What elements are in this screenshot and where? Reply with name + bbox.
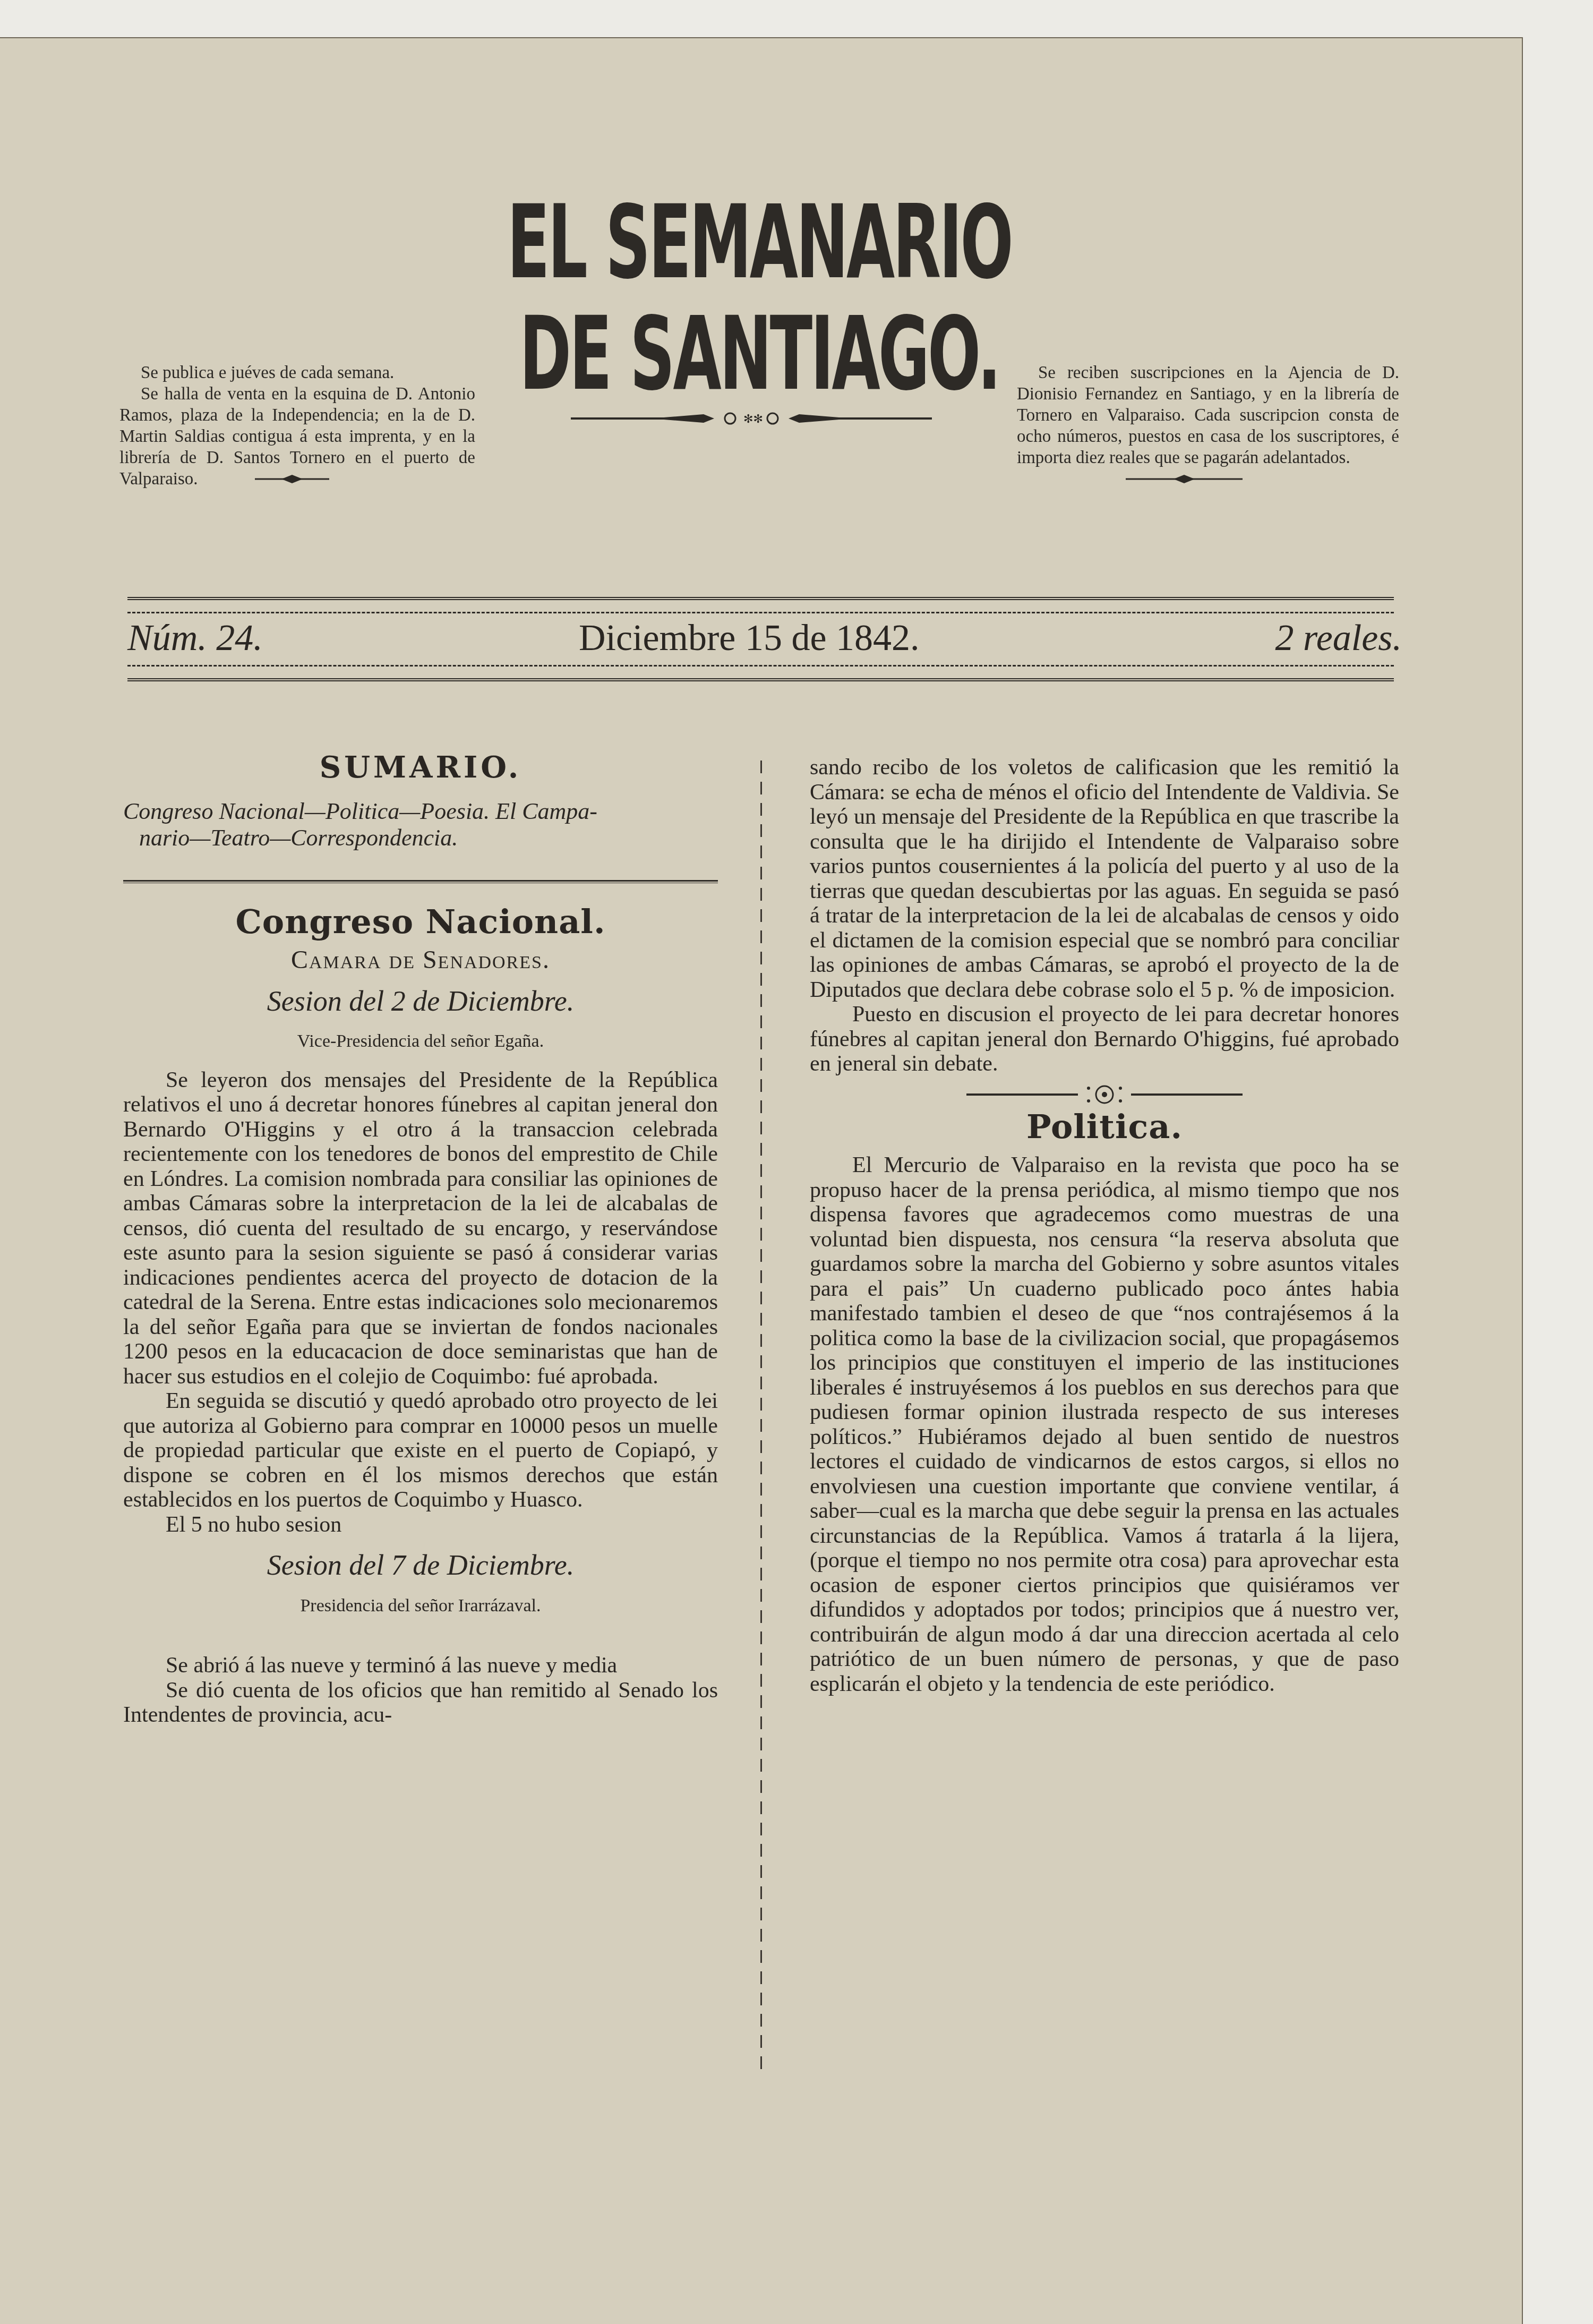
sumario-heading: SUMARIO. xyxy=(123,755,718,780)
subscription-text: Se reciben suscripciones en la Ajencia d… xyxy=(1017,362,1399,468)
session-1-paragraph-3: El 5 no hubo sesion xyxy=(123,1513,718,1537)
right-column: sando recibo de los voletos de calificas… xyxy=(810,755,1399,1696)
chamber-heading: Camara de Senadores. xyxy=(123,948,718,973)
dateline-border-top xyxy=(127,597,1394,613)
session-1-presidency: Vice-Presidencia del señor Egaña. xyxy=(123,1029,718,1054)
session-1-title: Sesion del 2 de Diciembre. xyxy=(123,989,718,1014)
session-2-presidency: Presidencia del señor Irarrázaval. xyxy=(123,1594,718,1619)
column-divider xyxy=(760,761,762,2072)
publication-schedule: Se publica e juéves de cada semana. xyxy=(119,362,475,383)
session-2-paragraph-3: Puesto en discusion el proyecto de lei p… xyxy=(810,1002,1399,1076)
session-2-paragraph-2-cont: sando recibo de los voletos de calificas… xyxy=(810,755,1399,1002)
session-2-paragraph-1: Se abrió á las nueve y terminó á las nue… xyxy=(123,1653,718,1678)
section-rule xyxy=(123,880,718,883)
left-column: SUMARIO. Congreso Nacional—Politica—Poes… xyxy=(123,755,718,1728)
issue-price: 2 reales. xyxy=(1275,614,1402,662)
dateline: Núm. 24. Diciembre 15 de 1842. 2 reales. xyxy=(127,614,1402,662)
session-1-paragraph-1: Se leyeron dos mensajes del Presidente d… xyxy=(123,1068,718,1389)
issue-date: Diciembre 15 de 1842. xyxy=(579,614,919,662)
sumario-contents: Congreso Nacional—Politica—Poesia. El Ca… xyxy=(123,798,718,851)
rosette-ornament-icon xyxy=(956,1084,1253,1105)
newspaper-page: EL SEMANARIO DE SANTIAGO. Se publica e j… xyxy=(0,37,1523,2324)
sumario-line-1: Congreso Nacional—Politica—Poesia. El Ca… xyxy=(123,798,718,825)
congreso-heading: Congreso Nacional. xyxy=(123,910,718,935)
session-2-paragraph-2-start: Se dió cuenta de los oficios que han rem… xyxy=(123,1678,718,1728)
issue-number: Núm. 24. xyxy=(127,614,263,662)
masthead-title: EL SEMANARIO DE SANTIAGO. xyxy=(499,187,1020,410)
politica-heading: Politica. xyxy=(810,1115,1399,1140)
svg-text:✻✻: ✻✻ xyxy=(743,412,763,425)
dash-ornament-icon xyxy=(1126,474,1243,484)
sumario-line-2: nario—Teatro—Correspondencia. xyxy=(123,825,718,851)
publication-info: Se publica e juéves de cada semana. Se h… xyxy=(119,362,475,490)
dateline-border-bottom xyxy=(127,665,1394,681)
politica-paragraph: El Mercurio de Valparaiso en la revista … xyxy=(810,1153,1399,1696)
dash-ornament-icon: ✻✻ xyxy=(571,410,932,427)
dash-ornament-icon xyxy=(255,474,329,484)
session-1-paragraph-2: En seguida se discutió y quedó aprobado … xyxy=(123,1389,718,1513)
subscription-info: Se reciben suscripciones en la Ajencia d… xyxy=(1017,362,1399,468)
session-2-title: Sesion del 7 de Diciembre. xyxy=(123,1553,718,1578)
